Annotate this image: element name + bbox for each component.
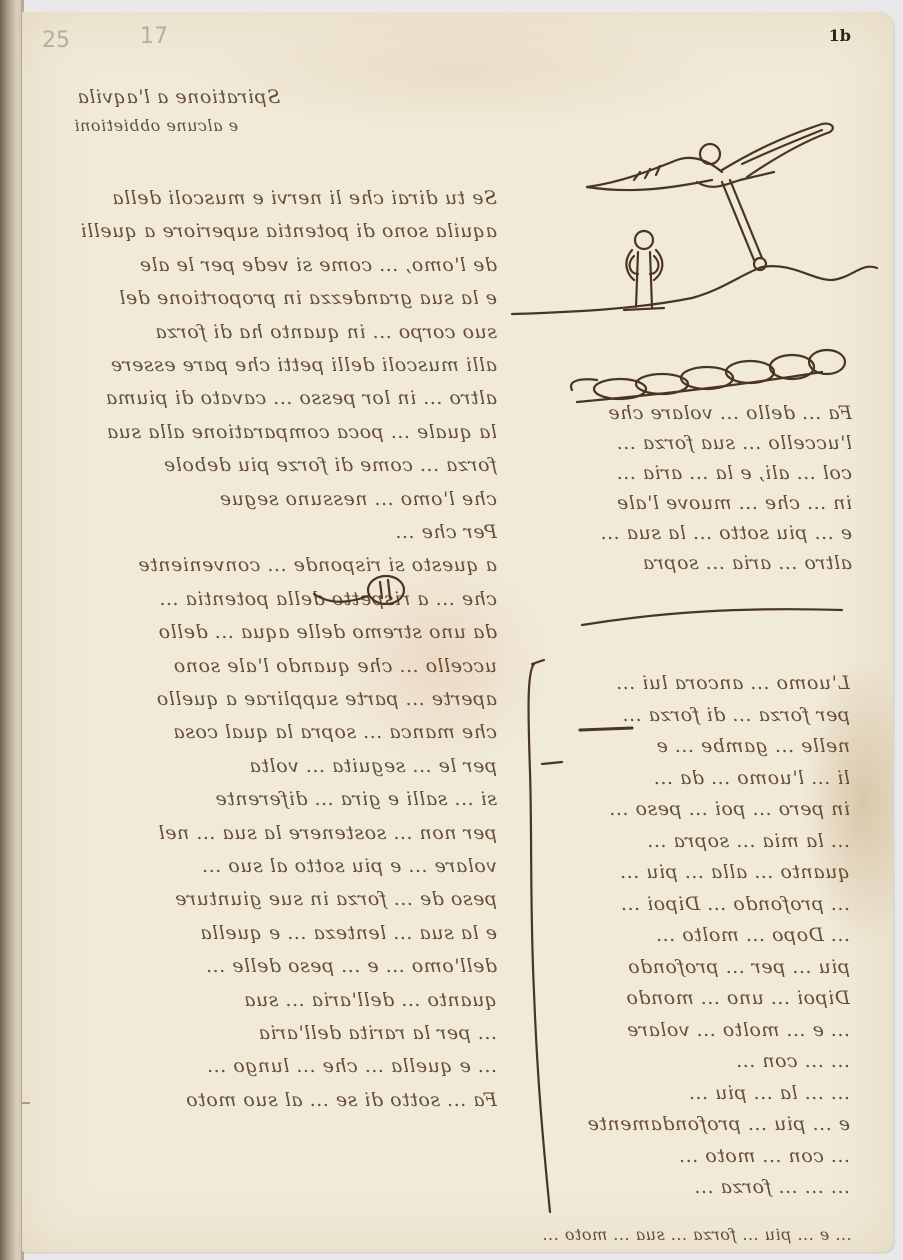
manuscript-page: 25 17 1b Spiratione a l'aqvila e alcune … xyxy=(22,12,893,1252)
circled-letter-d xyxy=(368,576,404,604)
book-binding xyxy=(0,0,24,1260)
bird-head xyxy=(700,144,720,164)
pole xyxy=(722,180,762,260)
hill-line xyxy=(512,266,877,314)
bird-sketch xyxy=(22,12,893,1252)
cloud-chain xyxy=(571,350,845,402)
margin-mark xyxy=(22,1102,30,1104)
section-divider xyxy=(582,609,842,625)
box-bracket xyxy=(529,664,550,1212)
human-figure xyxy=(624,231,664,310)
bottom-text-line: ... e ... piu ... forza ... sua ... moto… xyxy=(542,1225,852,1244)
